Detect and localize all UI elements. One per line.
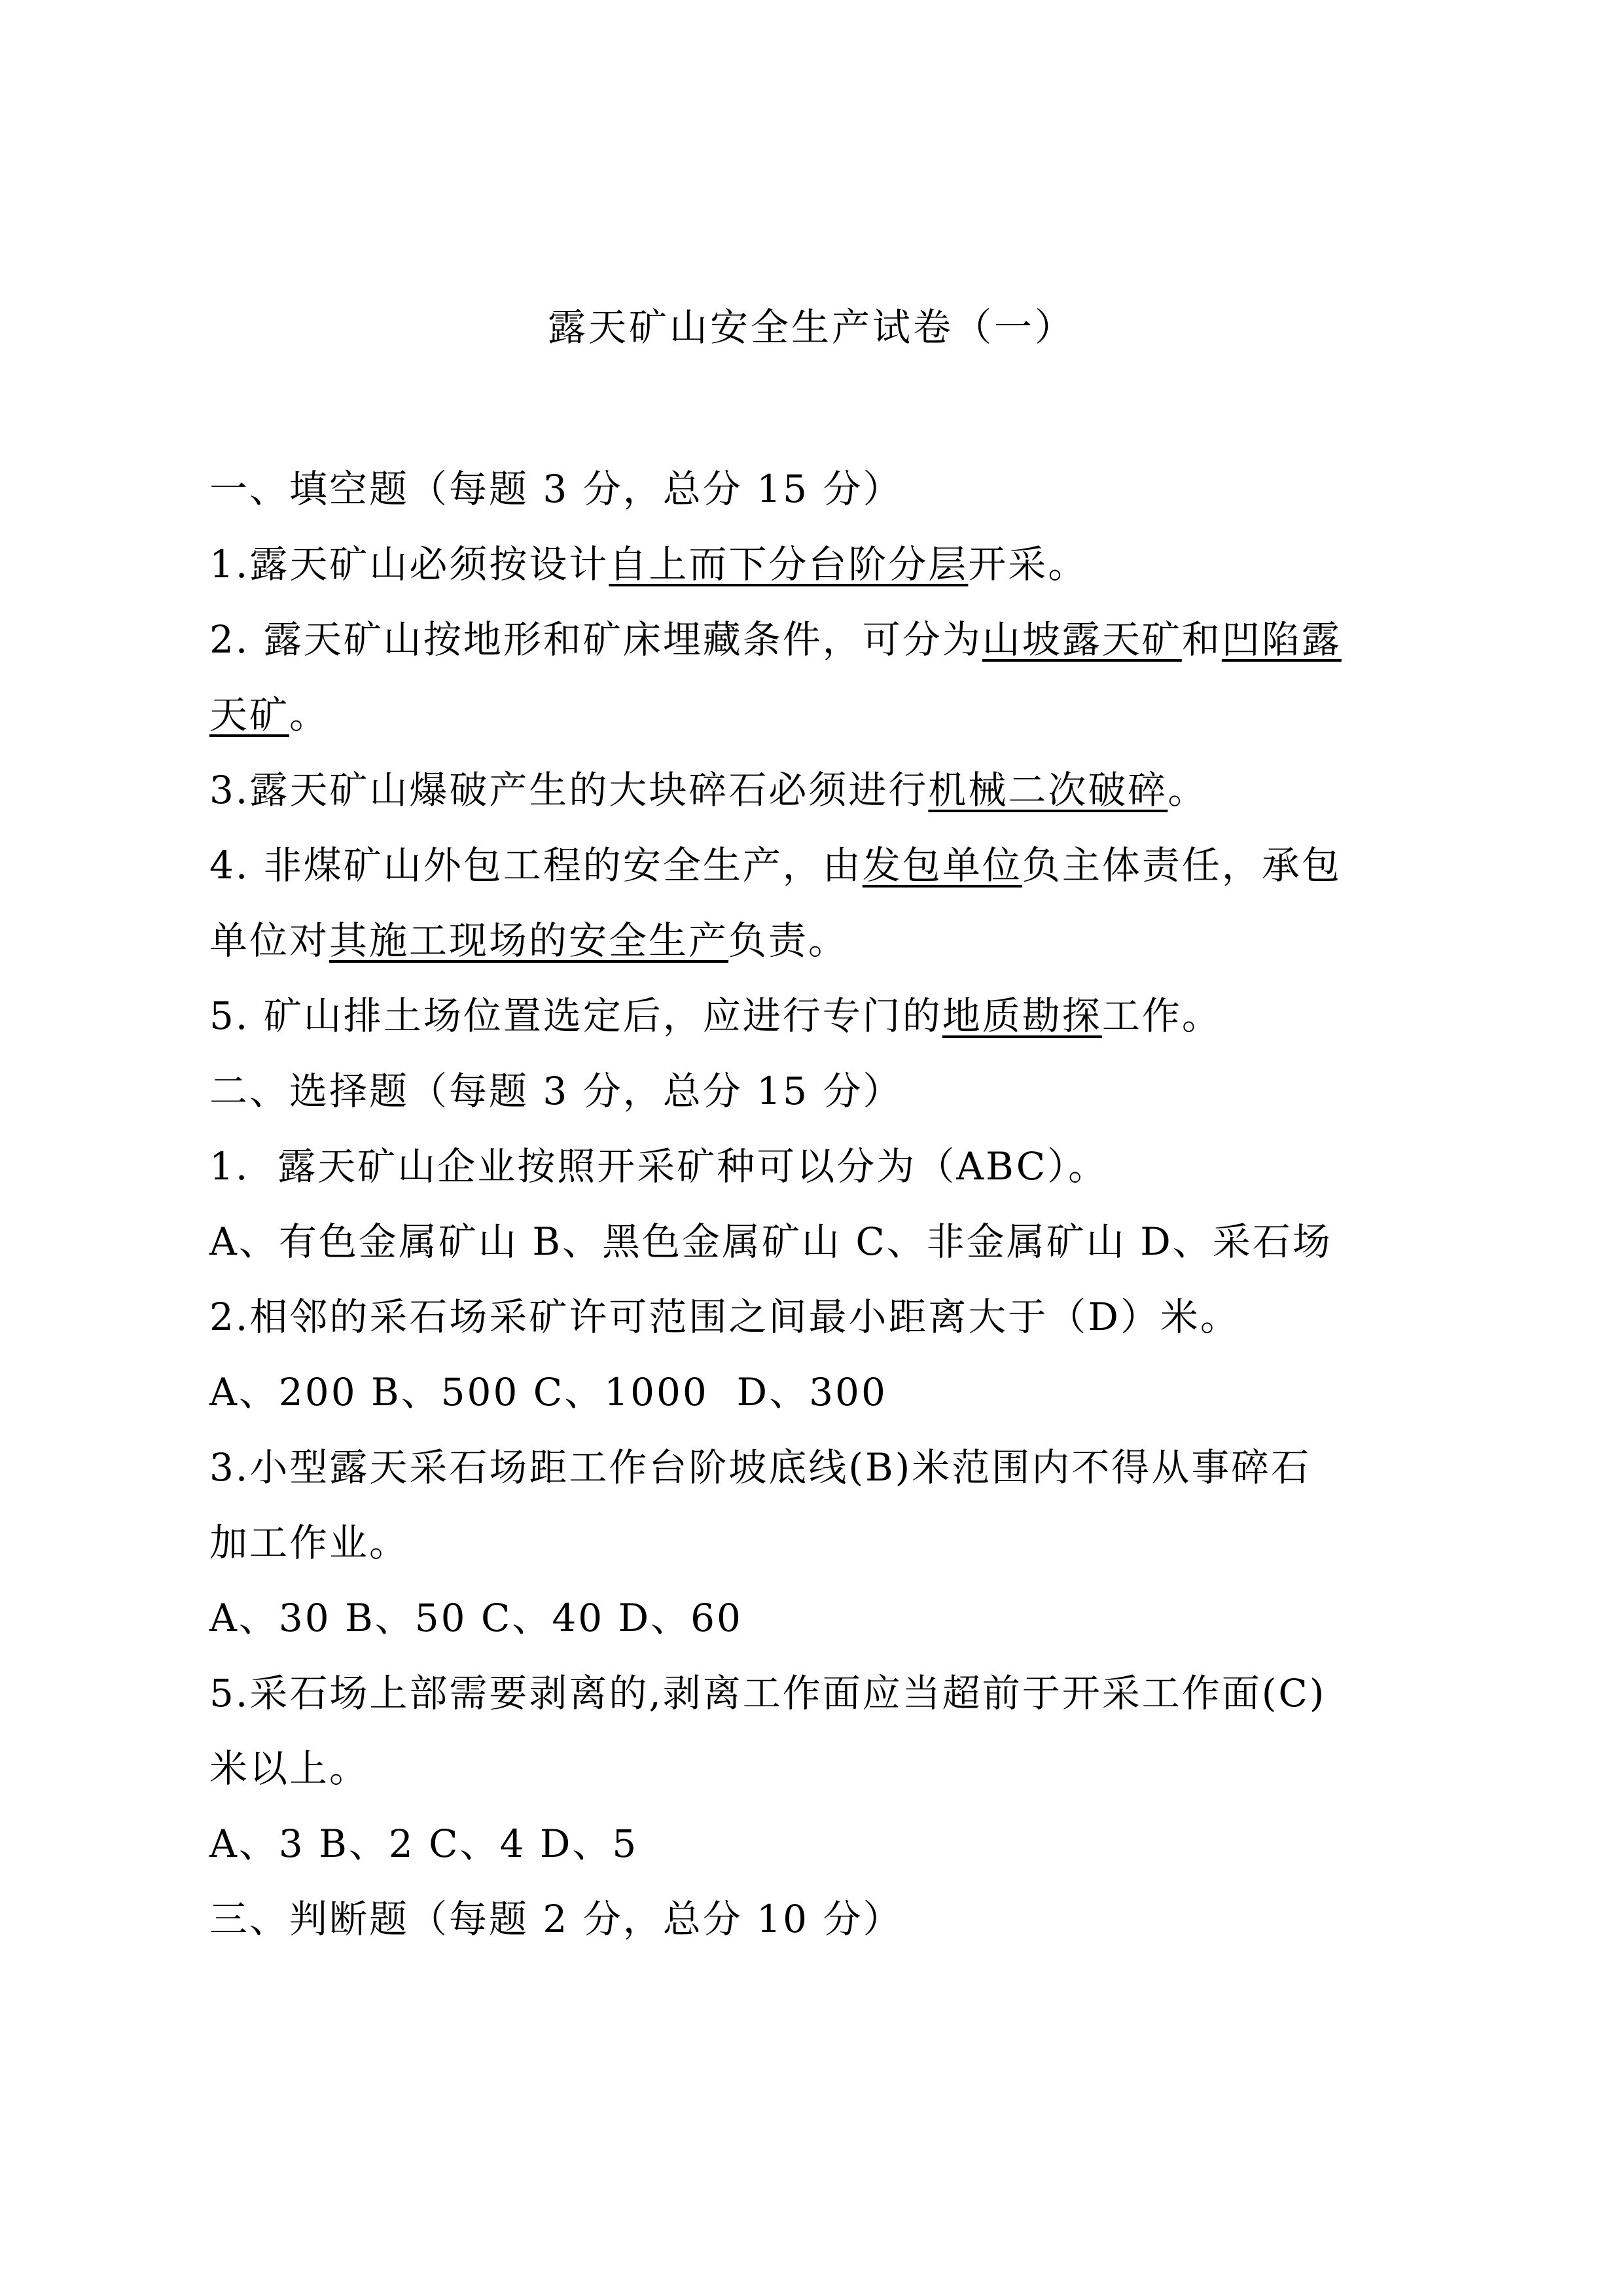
question-number: 5. (209, 994, 249, 1038)
question-text: 负主体责任，承包 (1022, 843, 1342, 888)
choice-question-3-options: A、30 B、50 C、40 D、60 (209, 1581, 1433, 1656)
choice-question-3-stem-line-2: 加工作业。 (209, 1505, 1433, 1581)
answer-underlined: 其施工现场的安全生产 (329, 918, 728, 963)
question-text: 露天矿山按地形和矿床埋藏条件，可分为 (249, 617, 982, 662)
question-number: 2. (209, 617, 249, 662)
answer-underlined: 机械二次破碎 (928, 768, 1168, 812)
question-text: 。 (289, 692, 329, 737)
answer-underlined: 山坡露天矿 (982, 617, 1182, 662)
document-title: 露天矿山安全生产试卷（一） (0, 298, 1623, 357)
question-number: 1. (209, 542, 249, 586)
choice-question-5-stem-line-2: 米以上。 (209, 1731, 1433, 1806)
question-text: 负责。 (728, 918, 848, 963)
fill-question-5: 5. 矿山排土场位置选定后，应进行专门的地质勘探工作。 (209, 978, 1433, 1054)
document-page: 露天矿山安全生产试卷（一） 一、填空题（每题 3 分，总分 15 分） 1.露天… (0, 0, 1623, 2296)
answer-underlined: 地质勘探 (942, 994, 1102, 1038)
document-body: 一、填空题（每题 3 分，总分 15 分） 1.露天矿山必须按设计自上而下分台阶… (209, 452, 1433, 1957)
choice-question-1-options: A、有色金属矿山 B、黑色金属矿山 C、非金属矿山 D、采石场 (209, 1204, 1433, 1280)
question-text: 单位对 (209, 918, 329, 963)
fill-question-2-line-2: 天矿。 (209, 677, 1433, 753)
fill-question-4-line-2: 单位对其施工现场的安全生产负责。 (209, 903, 1433, 978)
choice-question-2-stem: 2.相邻的采石场采矿许可范围之间最小距离大于（D）米。 (209, 1280, 1433, 1355)
question-number: 3. (209, 768, 249, 812)
question-text: 和 (1182, 617, 1222, 662)
question-number: 4. (209, 843, 249, 888)
answer-underlined: 发包单位 (863, 843, 1022, 888)
choice-question-1-stem: 1. 露天矿山企业按照开采矿种可以分为（ABC）。 (209, 1129, 1433, 1204)
choice-question-5-stem-line-1: 5.采石场上部需要剥离的,剥离工作面应当超前于开采工作面(C) (209, 1656, 1433, 1731)
choice-question-5-options: A、3 B、2 C、4 D、5 (209, 1806, 1433, 1882)
section-heading-fill-blank: 一、填空题（每题 3 分，总分 15 分） (209, 452, 1433, 527)
fill-question-1: 1.露天矿山必须按设计自上而下分台阶分层开采。 (209, 527, 1433, 602)
fill-question-2-line-1: 2. 露天矿山按地形和矿床埋藏条件，可分为山坡露天矿和凹陷露 (209, 602, 1433, 677)
choice-question-3-stem-line-1: 3.小型露天采石场距工作台阶坡底线(B)米范围内不得从事碎石 (209, 1430, 1433, 1505)
answer-underlined: 天矿 (209, 692, 289, 737)
question-text: 工作。 (1102, 994, 1222, 1038)
answer-underlined: 凹陷露 (1222, 617, 1342, 662)
question-text: 矿山排土场位置选定后，应进行专门的 (249, 994, 942, 1038)
choice-question-2-options: A、200 B、500 C、1000 D、300 (209, 1355, 1433, 1430)
question-text: 。 (1168, 768, 1207, 812)
fill-question-4-line-1: 4. 非煤矿山外包工程的安全生产，由发包单位负主体责任，承包 (209, 828, 1433, 903)
answer-underlined: 自上而下分台阶分层 (609, 542, 968, 586)
question-text: 露天矿山必须按设计 (249, 542, 609, 586)
question-text: 开采。 (968, 542, 1088, 586)
section-heading-true-false: 三、判断题（每题 2 分，总分 10 分） (209, 1882, 1433, 1957)
section-heading-multiple-choice: 二、选择题（每题 3 分，总分 15 分） (209, 1054, 1433, 1129)
question-text: 非煤矿山外包工程的安全生产，由 (249, 843, 862, 888)
question-text: 露天矿山爆破产生的大块碎石必须进行 (249, 768, 928, 812)
fill-question-3: 3.露天矿山爆破产生的大块碎石必须进行机械二次破碎。 (209, 753, 1433, 828)
